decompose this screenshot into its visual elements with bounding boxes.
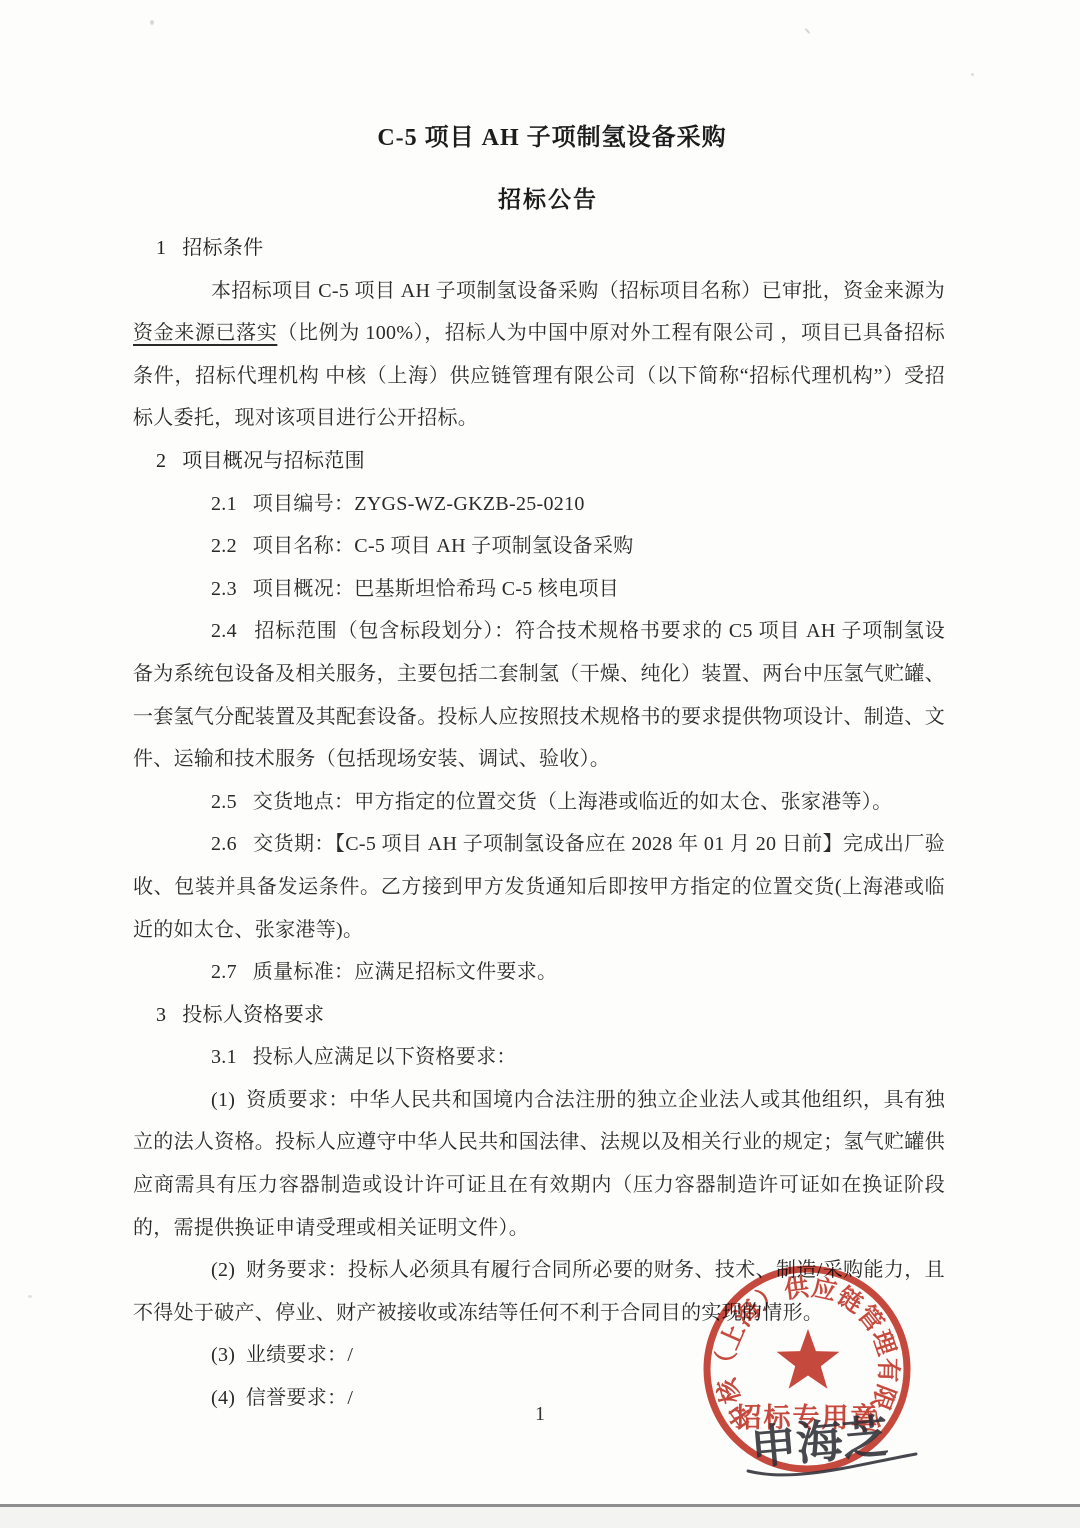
item-bid-scope: 2.4 招标范围（包含标段划分）：符合技术规格书要求的 C5 项目 AH 子项制…: [133, 610, 945, 780]
item-qualification-req: (1) 资质要求：中华人民共和国境内合法注册的独立企业法人或其他组织，具有独立的…: [133, 1079, 945, 1249]
scan-artifact: [804, 28, 810, 35]
scan-artifact: [28, 1295, 32, 1298]
section-2-heading: 2 项目概况与招标范围: [133, 440, 945, 483]
scan-artifact: [971, 73, 974, 76]
item-quality-standard: 2.7 质量标准：应满足招标文件要求。: [133, 951, 945, 994]
funding-text-before: 本招标项目 C-5 项目 AH 子项制氢设备采购（招标项目名称）已审批，资金来源…: [211, 280, 945, 302]
item-project-name: 2.2 项目名称：C-5 项目 AH 子项制氢设备采购: [133, 525, 945, 568]
company-stamp: 中核（上海）供应链管理有限公司 招标专用章 申海芝: [690, 1255, 960, 1500]
item-delivery-date: 2.6 交货期：【C-5 项目 AH 子项制氢设备应在 2028 年 01 月 …: [133, 823, 945, 951]
item-delivery-place: 2.5 交货地点：甲方指定的位置交货（上海港或临近的如太仓、张家港等）。: [133, 781, 945, 824]
item-qualification-intro: 3.1 投标人应满足以下资格要求：: [133, 1036, 945, 1079]
section-3-heading: 3 投标人资格要求: [133, 994, 945, 1037]
scan-artifact: [150, 20, 154, 25]
star-icon: [777, 1329, 840, 1389]
section-1-heading: 1 招标条件: [133, 227, 945, 270]
item-project-number: 2.1 项目编号：ZYGS-WZ-GKZB-25-0210: [133, 483, 945, 526]
section-1-paragraph: 本招标项目 C-5 项目 AH 子项制氢设备采购（招标项目名称）已审批，资金来源…: [133, 270, 945, 440]
document-body: 1 招标条件 本招标项目 C-5 项目 AH 子项制氢设备采购（招标项目名称）已…: [133, 227, 945, 1420]
page-edge-shadow: [0, 1507, 1080, 1528]
document-subtitle: 招标公告: [133, 181, 945, 219]
document-title: C-5 项目 AH 子项制氢设备采购: [133, 119, 945, 157]
funding-underlined-text: 资金来源已落实: [133, 322, 277, 344]
document-page: C-5 项目 AH 子项制氢设备采购 招标公告 1 招标条件 本招标项目 C-5…: [0, 0, 1080, 1528]
item-project-overview: 2.3 项目概况：巴基斯坦恰希玛 C-5 核电项目: [133, 568, 945, 611]
